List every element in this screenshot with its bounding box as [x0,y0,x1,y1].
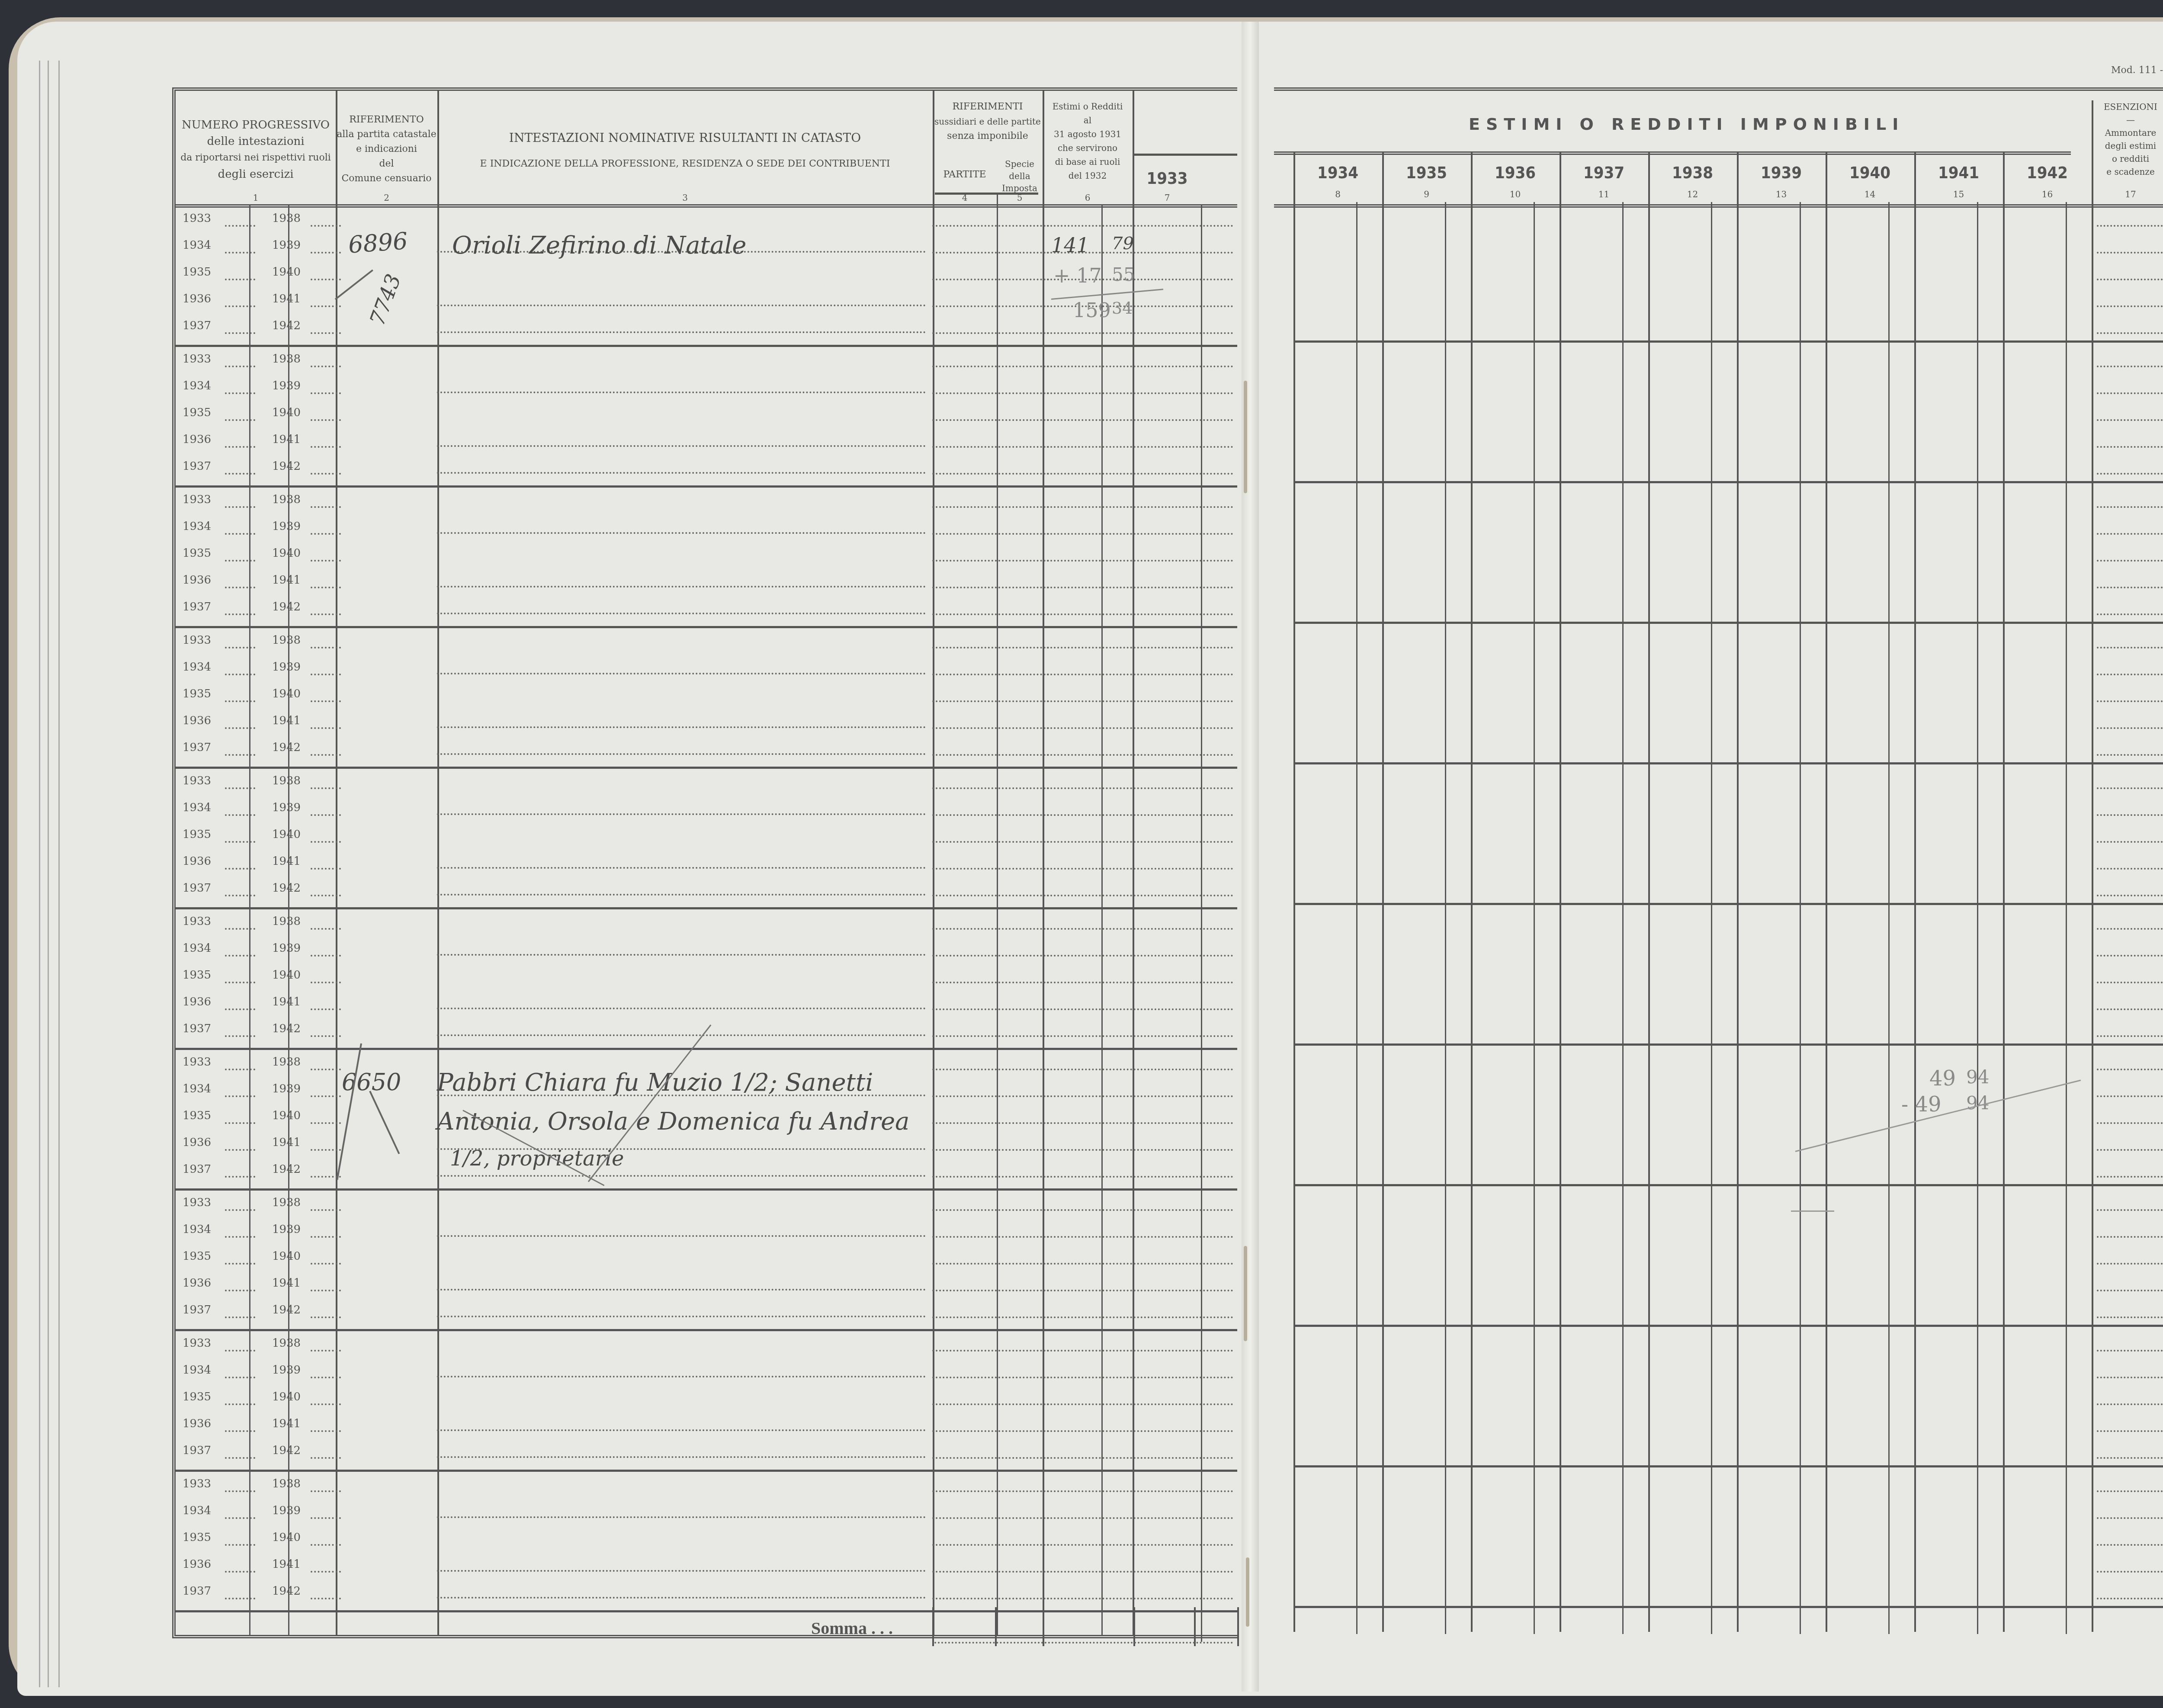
dotted-rule [2097,1209,2163,1211]
row-year-left: 1936 [175,1136,218,1149]
block-separator [1293,1465,2163,1467]
row-year-right: 1940 [265,828,308,841]
dotted-rule [311,1209,341,1211]
column-number: 3 [437,193,933,203]
dotted-rule [2097,1176,2163,1178]
dotted-rule [1047,1544,1233,1546]
dotted-rule [2097,700,2163,702]
row-year-left: 1936 [175,292,218,305]
row-year-right: 1941 [265,292,308,305]
dotted-rule [1047,674,1233,675]
dotted-rule [2097,473,2163,475]
row-year-left: 1935 [175,1109,218,1122]
dotted-rule [932,1149,1049,1151]
dotted-rule [311,928,341,930]
column-number: 14 [1826,189,1914,199]
dotted-rule [437,1516,926,1518]
col-divider [1043,1607,1044,1646]
row-year-left: 1937 [175,1444,218,1457]
col-divider [997,195,998,1635]
row-year-left: 1933 [175,634,218,647]
binding-stitch [1246,1557,1249,1627]
dotted-rule [225,1457,255,1459]
row-year-right: 1938 [265,915,308,928]
dotted-rule [225,1598,255,1599]
dotted-rule [311,1069,341,1070]
intestazione-line-2: Antonia, Orsola e Domenica fu Andrea [437,1108,910,1136]
row-year-left: 1934 [175,520,218,533]
dotted-rule [2097,1290,2163,1291]
col-divider [1382,152,1384,1632]
dotted-rule [225,279,255,280]
block-separator [176,1048,1237,1050]
column-number: 10 [1471,189,1560,199]
col-divider [1237,1607,1239,1646]
dotted-rule [932,674,1049,675]
block-separator [176,345,1237,347]
dotted-rule [934,1642,1233,1644]
page-edge [48,61,49,1687]
dotted-rule [932,560,1049,562]
dotted-rule [437,472,926,474]
dotted-rule [2097,814,2163,816]
dotted-rule [225,446,255,448]
dotted-rule [311,506,341,508]
dotted-rule [225,895,255,896]
dotted-rule [311,754,341,756]
dotted-rule [932,647,1049,649]
dotted-rule [2097,754,2163,756]
dotted-rule [311,533,341,535]
row-year-right: 1942 [265,1163,308,1176]
dotted-rule [225,506,255,508]
dotted-rule [311,332,341,334]
dotted-rule [437,1456,926,1458]
dotted-rule [437,1235,926,1237]
dotted-rule [1047,1095,1233,1097]
dotted-rule [311,1350,341,1352]
dotted-rule [1047,1209,1233,1211]
row-year-right: 1941 [265,1136,308,1149]
dotted-rule [437,954,926,956]
dotted-rule [1047,982,1233,983]
row-year-right: 1940 [265,1531,308,1544]
dotted-rule [932,1236,1049,1238]
row-year-right: 1939 [265,379,308,392]
dotted-rule [225,1095,255,1097]
dotted-rule [225,1544,255,1546]
col-divider [1826,152,1827,1632]
row-year-left: 1933 [175,1056,218,1069]
dotted-rule [1047,1122,1233,1124]
row-year-right: 1939 [265,801,308,814]
page-edge [58,61,60,1687]
column-number: 4 [933,193,997,203]
dotted-rule [1047,814,1233,816]
header-year: 1935 [1382,163,1471,182]
dotted-rule [311,1377,341,1378]
row-year-left: 1934 [175,1364,218,1377]
row-year-left: 1937 [175,741,218,754]
dotted-rule [437,1008,926,1009]
dotted-rule [437,1570,926,1572]
dotted-rule [1047,1490,1233,1492]
row-year-left: 1937 [175,1022,218,1035]
row-year-left: 1934 [175,1082,218,1095]
block-separator [1293,1325,2163,1327]
row-year-left: 1937 [175,319,218,332]
dotted-rule [932,1035,1049,1037]
dotted-rule [225,613,255,615]
dotted-rule [1047,700,1233,702]
estimo-1931-cent: 79 [1112,234,1134,254]
strike-line [1791,1210,1834,1212]
dotted-rule [932,787,1049,789]
dotted-rule [2097,727,2163,729]
dotted-rule [932,754,1049,756]
header-subdivider [1134,154,1237,156]
column-number: 13 [1737,189,1826,199]
dotted-rule [2097,895,2163,896]
row-year-left: 1933 [175,353,218,366]
form-id: Mod. 111 - Imposte Dirette (Intercalare)… [2111,65,2163,76]
row-year-right: 1942 [265,1022,308,1035]
row-year-left: 1934 [175,1223,218,1236]
dotted-rule [932,392,1049,394]
dotted-rule [1047,787,1233,789]
row-year-right: 1940 [265,969,308,982]
dotted-rule [225,1149,255,1151]
dotted-rule [1047,560,1233,562]
col-divider [2092,100,2093,1632]
row-year-left: 1936 [175,1277,218,1290]
row-year-left: 1935 [175,687,218,700]
header-year-1933: 1933 [1133,169,1202,188]
block-separator [1293,622,2163,624]
row-year-left: 1936 [175,995,218,1008]
dotted-rule [311,868,341,870]
dotted-rule [311,1430,341,1432]
dotted-rule [311,473,341,475]
column-number: 12 [1648,189,1737,199]
dotted-rule [2097,955,2163,957]
row-year-right: 1942 [265,1303,308,1316]
dotted-rule [437,673,926,674]
row-year-right: 1939 [265,1504,308,1517]
dotted-rule [932,1490,1049,1492]
dotted-rule [1047,1290,1233,1291]
dotted-rule [932,473,1049,475]
dotted-rule [437,331,926,333]
dotted-rule [1047,1598,1233,1599]
dotted-rule [437,613,926,614]
row-year-right: 1940 [265,1390,308,1403]
row-year-right: 1938 [265,1196,308,1209]
dotted-rule [2097,1122,2163,1124]
row-year-left: 1935 [175,1390,218,1403]
dotted-rule [225,814,255,816]
row-year-left: 1937 [175,460,218,473]
dotted-rule [311,446,341,448]
row-year-left: 1937 [175,1585,218,1598]
row-year-right: 1938 [265,634,308,647]
dotted-rule [932,841,1049,843]
block-separator [176,1470,1237,1472]
column-number: 5 [997,193,1043,203]
dotted-rule [1047,1517,1233,1519]
dotted-rule [932,928,1049,930]
dotted-rule [225,841,255,843]
dotted-rule [311,1122,341,1124]
row-year-right: 1940 [265,547,308,560]
header-riferimenti: RIFERIMENTI sussidiari e delle partite s… [933,100,1043,144]
dotted-rule [311,1149,341,1151]
row-year-right: 1940 [265,406,308,419]
dotted-rule [225,754,255,756]
dotted-rule [437,586,926,588]
dotted-rule [311,814,341,816]
dotted-rule [932,1517,1049,1519]
dotted-rule [2097,1430,2163,1432]
dotted-rule [311,1490,341,1492]
column-number: 8 [1293,189,1382,199]
block-separator [1293,1043,2163,1046]
dotted-rule [1047,419,1233,421]
row-year-right: 1941 [265,855,308,868]
header-subdivider [1274,151,2071,155]
dotted-rule [932,506,1049,508]
dotted-rule [932,1095,1049,1097]
dotted-rule [437,445,926,447]
row-year-left: 1936 [175,1558,218,1571]
addition-cent: 55 [1112,264,1135,285]
dotted-rule [225,392,255,394]
col-divider [1560,152,1561,1632]
header-year: 1934 [1293,163,1382,182]
col-divider [1800,202,1801,1634]
row-year-left: 1936 [175,1417,218,1430]
dotted-rule [311,1236,341,1238]
intestazione-line-1: Pabbri Chiara fu Muzio 1/2; Sanetti [437,1069,873,1097]
total-lire: 159 [1073,299,1111,322]
dotted-rule [2097,1490,2163,1492]
col-divider [1711,202,1712,1634]
dotted-rule [1047,1008,1233,1010]
dotted-rule [311,895,341,896]
dotted-rule [225,955,255,957]
block-separator [176,1329,1237,1331]
dotted-rule [932,252,1049,254]
dotted-rule [311,841,341,843]
column-number: 17 [2092,189,2163,199]
dotted-rule [932,1008,1049,1010]
dotted-rule [2097,506,2163,508]
dotted-rule [225,1290,255,1291]
dotted-rule [2097,252,2163,254]
col-divider [995,1607,997,1646]
header-separator [1274,204,2163,208]
dotted-rule [932,1263,1049,1265]
row-year-right: 1939 [265,1082,308,1095]
dotted-rule [225,560,255,562]
dotted-rule [2097,332,2163,334]
dotted-rule [311,1544,341,1546]
dotted-rule [2097,1571,2163,1573]
dotted-rule [932,895,1049,896]
dotted-rule [2097,647,2163,649]
book-gutter [1242,22,1259,1692]
header-esenzioni: ESENZIONI— Ammontaredegli estimi o reddi… [2092,100,2163,178]
row-year-right: 1939 [265,1364,308,1377]
row-year-right: 1939 [265,520,308,533]
dotted-rule [225,1176,255,1178]
dotted-rule [311,1290,341,1291]
row-year-right: 1939 [265,1223,308,1236]
col-divider [932,1607,934,1646]
header-year: 1936 [1471,163,1560,182]
dotted-rule [311,419,341,421]
row-year-right: 1940 [265,266,308,279]
dotted-rule [2097,1544,2163,1546]
dotted-rule [932,955,1049,957]
dotted-rule [2097,928,2163,930]
column-number: 2 [336,193,437,203]
dotted-rule [1047,928,1233,930]
dotted-rule [932,1403,1049,1405]
dotted-rule [2097,982,2163,983]
col-divider [1293,152,1295,1632]
row-year-right: 1938 [265,1056,308,1069]
dotted-rule [1047,1403,1233,1405]
row-year-left: 1935 [175,969,218,982]
right-register-table: ESTIMI O REDDITI IMPONIBILI [1274,87,2163,1638]
dotted-rule [932,419,1049,421]
dotted-rule [437,392,926,393]
column-number: 7 [1133,193,1202,203]
dotted-rule [932,1069,1049,1070]
dotted-rule [225,332,255,334]
dotted-rule [225,928,255,930]
dotted-rule [1047,446,1233,448]
dotted-rule [311,392,341,394]
right-title: ESTIMI O REDDITI IMPONIBILI [1469,115,1904,134]
dotted-rule [932,225,1049,227]
row-year-right: 1942 [265,600,308,613]
dotted-rule [1047,1430,1233,1432]
dotted-rule [2097,366,2163,367]
dotted-rule [225,1430,255,1432]
dotted-rule [311,1095,341,1097]
dotted-rule [932,1430,1049,1432]
dotted-rule [225,1069,255,1070]
dotted-rule [2097,560,2163,562]
row-year-right: 1942 [265,1444,308,1457]
header-specie-imposta: Specie della Imposta [997,158,1043,194]
dotted-rule [1047,1571,1233,1573]
dotted-rule [225,419,255,421]
block-separator [1293,481,2163,483]
dotted-rule [932,1544,1049,1546]
estimo-1931-lire: 141 [1051,234,1089,257]
dotted-rule [932,700,1049,702]
dotted-rule [225,252,255,254]
col-divider [1888,202,1890,1634]
col-divider [1356,202,1357,1634]
column-number: 1 [176,193,336,203]
block-separator [1293,1606,2163,1608]
header-year: 1940 [1826,163,1914,182]
dotted-rule [2097,1457,2163,1459]
row-year-right: 1940 [265,1250,308,1263]
header-riferimento: RIFERIMENTO alla partita catastale e ind… [336,112,437,186]
col-divider [1648,152,1650,1632]
column-number: 15 [1914,189,2003,199]
dotted-rule [437,1429,926,1431]
dotted-rule [2097,392,2163,394]
year-1941-cent: 94 [1966,1066,1989,1088]
dotted-rule [2097,279,2163,280]
riferimento-entry: 6650 [342,1069,401,1096]
dotted-rule [1047,841,1233,843]
dotted-rule [225,647,255,649]
row-year-left: 1933 [175,1337,218,1350]
dotted-rule [311,560,341,562]
year-1941-lire: 49 [1929,1066,1956,1091]
dotted-rule [225,674,255,675]
dotted-rule [1047,1069,1233,1070]
year-1941-deduction-lire: - 49 [1901,1092,1942,1117]
row-year-right: 1938 [265,353,308,366]
dotted-rule [2097,1598,2163,1599]
dotted-rule [225,1035,255,1037]
row-year-left: 1933 [175,493,218,506]
dotted-rule [2097,1350,2163,1352]
col-divider [1914,152,1916,1632]
dotted-rule [1047,1316,1233,1318]
block-separator [1293,903,2163,905]
dotted-rule [1047,1263,1233,1265]
row-year-right: 1942 [265,741,308,754]
dotted-rule [311,225,341,227]
row-year-left: 1936 [175,855,218,868]
row-year-left: 1937 [175,1303,218,1316]
dotted-rule [311,1403,341,1405]
dotted-rule [1047,506,1233,508]
dotted-rule [1047,647,1233,649]
dotted-rule [225,533,255,535]
column-number: 16 [2003,189,2092,199]
dotted-rule [1047,955,1233,957]
row-year-left: 1936 [175,433,218,446]
row-year-left: 1936 [175,714,218,727]
dotted-rule [225,787,255,789]
dotted-rule [932,1350,1049,1352]
col-divider [1445,202,1446,1634]
dotted-rule [932,1316,1049,1318]
dotted-rule [225,1517,255,1519]
dotted-rule [437,1316,926,1317]
row-year-right: 1941 [265,1277,308,1290]
dotted-rule [932,332,1049,334]
dotted-rule [311,1316,341,1318]
header-year: 1939 [1737,163,1826,182]
row-year-right: 1941 [265,1558,308,1571]
dotted-rule [1047,225,1233,227]
col-divider [1133,1607,1135,1646]
dotted-rule [932,982,1049,983]
dotted-rule [2097,1377,2163,1378]
dotted-rule [1047,533,1233,535]
